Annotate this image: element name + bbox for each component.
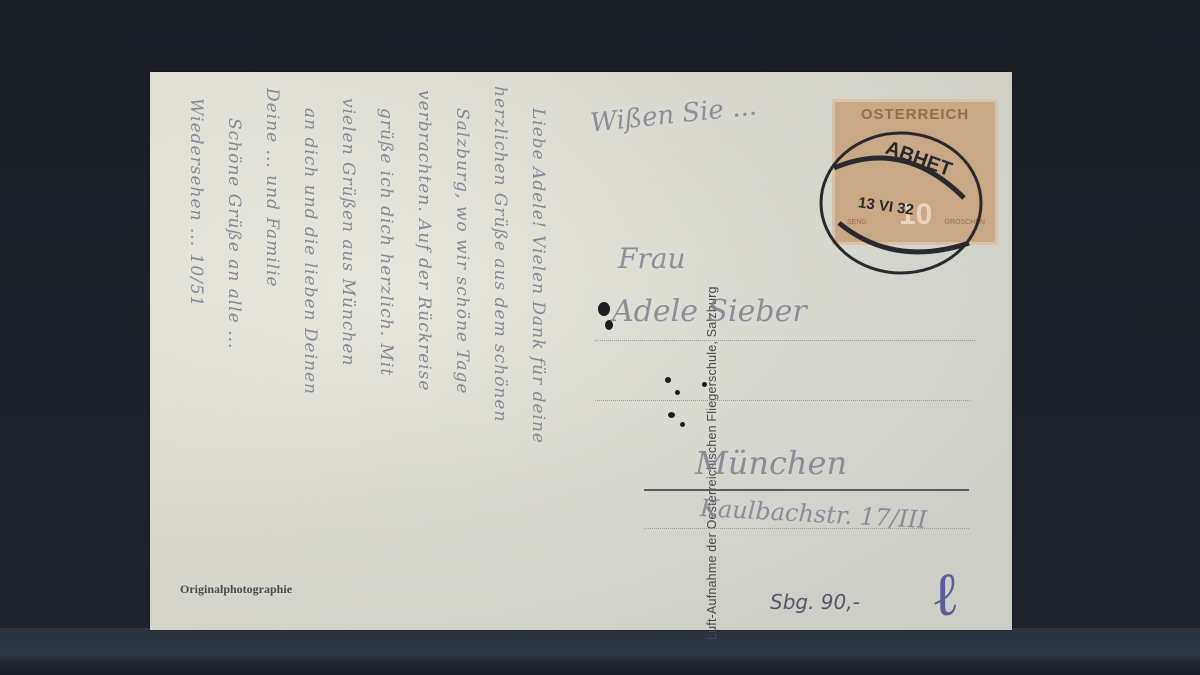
ink-spot <box>702 382 707 387</box>
address-line-2 <box>595 400 970 401</box>
message-line: Schöne Grüße an alle ... <box>224 118 244 349</box>
ink-spot <box>668 412 675 418</box>
address-line-1 <box>595 340 975 341</box>
address-salutation: Frau <box>618 242 686 275</box>
message-line: vielen Grüßen aus München <box>338 98 358 366</box>
message-line: Salzburg, wo wir schöne Tage <box>452 108 472 394</box>
stamp-country: OSTERREICH <box>835 106 995 123</box>
ink-spot <box>675 390 680 395</box>
address-city: München <box>695 444 847 482</box>
ink-spot <box>665 377 671 383</box>
message-line: Liebe Adele! Vielen Dank für deine <box>528 108 548 444</box>
display-shelf <box>0 628 1200 675</box>
message-line: herzlichen Grüße aus dem schönen <box>490 86 510 422</box>
message-line: Wiedersehen ... 10/51 <box>186 98 206 308</box>
ink-spot <box>680 422 685 427</box>
ink-spot <box>605 320 613 330</box>
postmark: ABHET 13 VI 32 <box>814 128 984 278</box>
ink-spot <box>598 302 610 316</box>
message-line: Deine ... und Familie <box>262 88 282 288</box>
address-underline <box>644 489 969 491</box>
message-line: an dich und die lieben Deinen <box>300 108 320 395</box>
message-line: grüße ich dich herzlich. Mit <box>376 108 396 376</box>
address-name: Adele Sieber <box>612 294 807 329</box>
postcard-back: Liebe Adele! Vielen Dank für deine herzl… <box>150 72 1012 630</box>
original-photo-imprint: Originalphotographie <box>180 582 292 597</box>
address-line-3 <box>644 528 969 529</box>
handwritten-message: Liebe Adele! Vielen Dank für deine herzl… <box>158 78 538 618</box>
pencil-price-note: Sbg. 90,- <box>770 590 860 614</box>
message-line: verbrachten. Auf der Rückreise <box>414 90 434 391</box>
